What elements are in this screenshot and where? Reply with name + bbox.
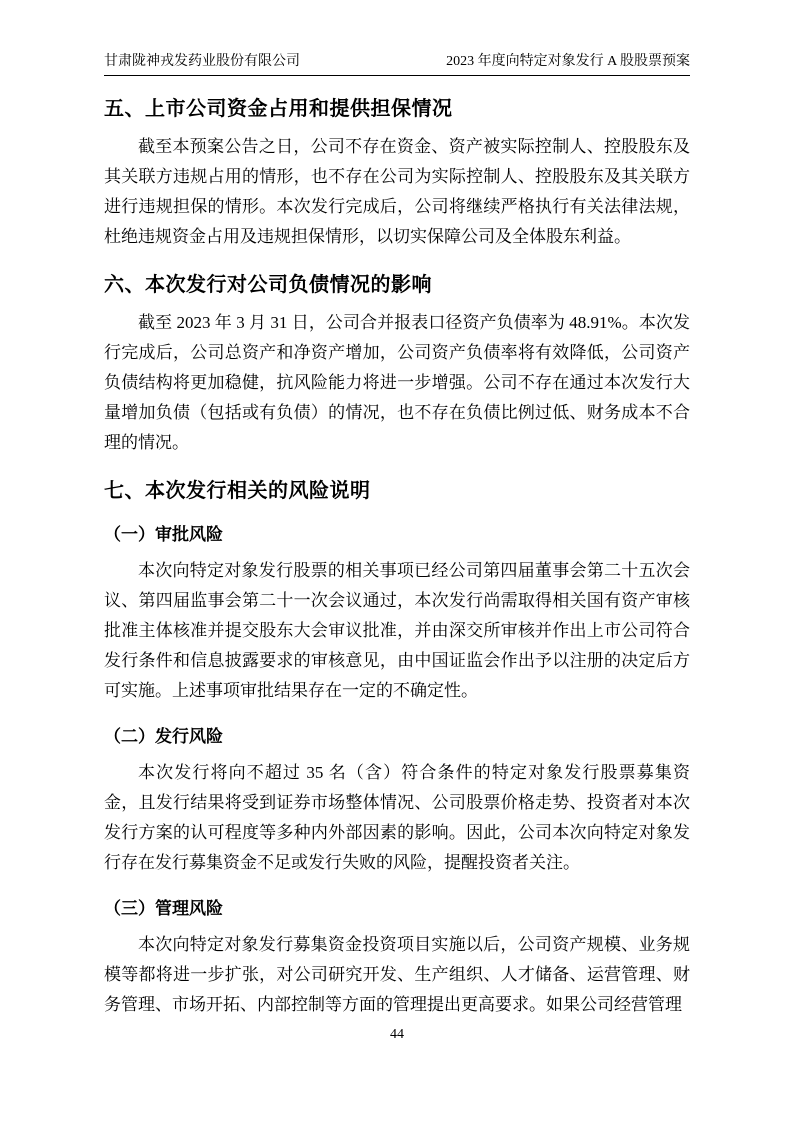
subsection-heading-issuance-risk: （二）发行风险 — [104, 726, 690, 748]
paragraph: 截至本预案公告之日，公司不存在资金、资产被实际控制人、控股股东及其关联方违规占用… — [104, 132, 690, 252]
section-heading-5: 五、上市公司资金占用和提供担保情况 — [104, 96, 690, 122]
paragraph: 本次向特定对象发行募集资金投资项目实施以后，公司资产规模、业务规模等都将进一步扩… — [104, 930, 690, 1020]
page-header: 甘肃陇神戎发药业股份有限公司 2023 年度向特定对象发行 A 股股票预案 — [104, 53, 690, 76]
document-body: 五、上市公司资金占用和提供担保情况 截至本预案公告之日，公司不存在资金、资产被实… — [104, 96, 690, 1020]
section-heading-7: 七、本次发行相关的风险说明 — [104, 478, 690, 504]
subsection-heading-approval-risk: （一）审批风险 — [104, 524, 690, 546]
paragraph: 本次向特定对象发行股票的相关事项已经公司第四届董事会第二十五次会议、第四届监事会… — [104, 556, 690, 706]
header-doc-title: 2023 年度向特定对象发行 A 股股票预案 — [446, 53, 690, 71]
paragraph: 截至 2023 年 3 月 31 日，公司合并报表口径资产负债率为 48.91%… — [104, 308, 690, 458]
section-heading-6: 六、本次发行对公司负债情况的影响 — [104, 272, 690, 298]
header-company-name: 甘肃陇神戎发药业股份有限公司 — [104, 53, 300, 71]
paragraph: 本次发行将向不超过 35 名（含）符合条件的特定对象发行股票募集资金，且发行结果… — [104, 758, 690, 878]
document-page: 甘肃陇神戎发药业股份有限公司 2023 年度向特定对象发行 A 股股票预案 五、… — [0, 0, 793, 1122]
subsection-heading-management-risk: （三）管理风险 — [104, 898, 690, 920]
page-number: 44 — [104, 1026, 690, 1044]
